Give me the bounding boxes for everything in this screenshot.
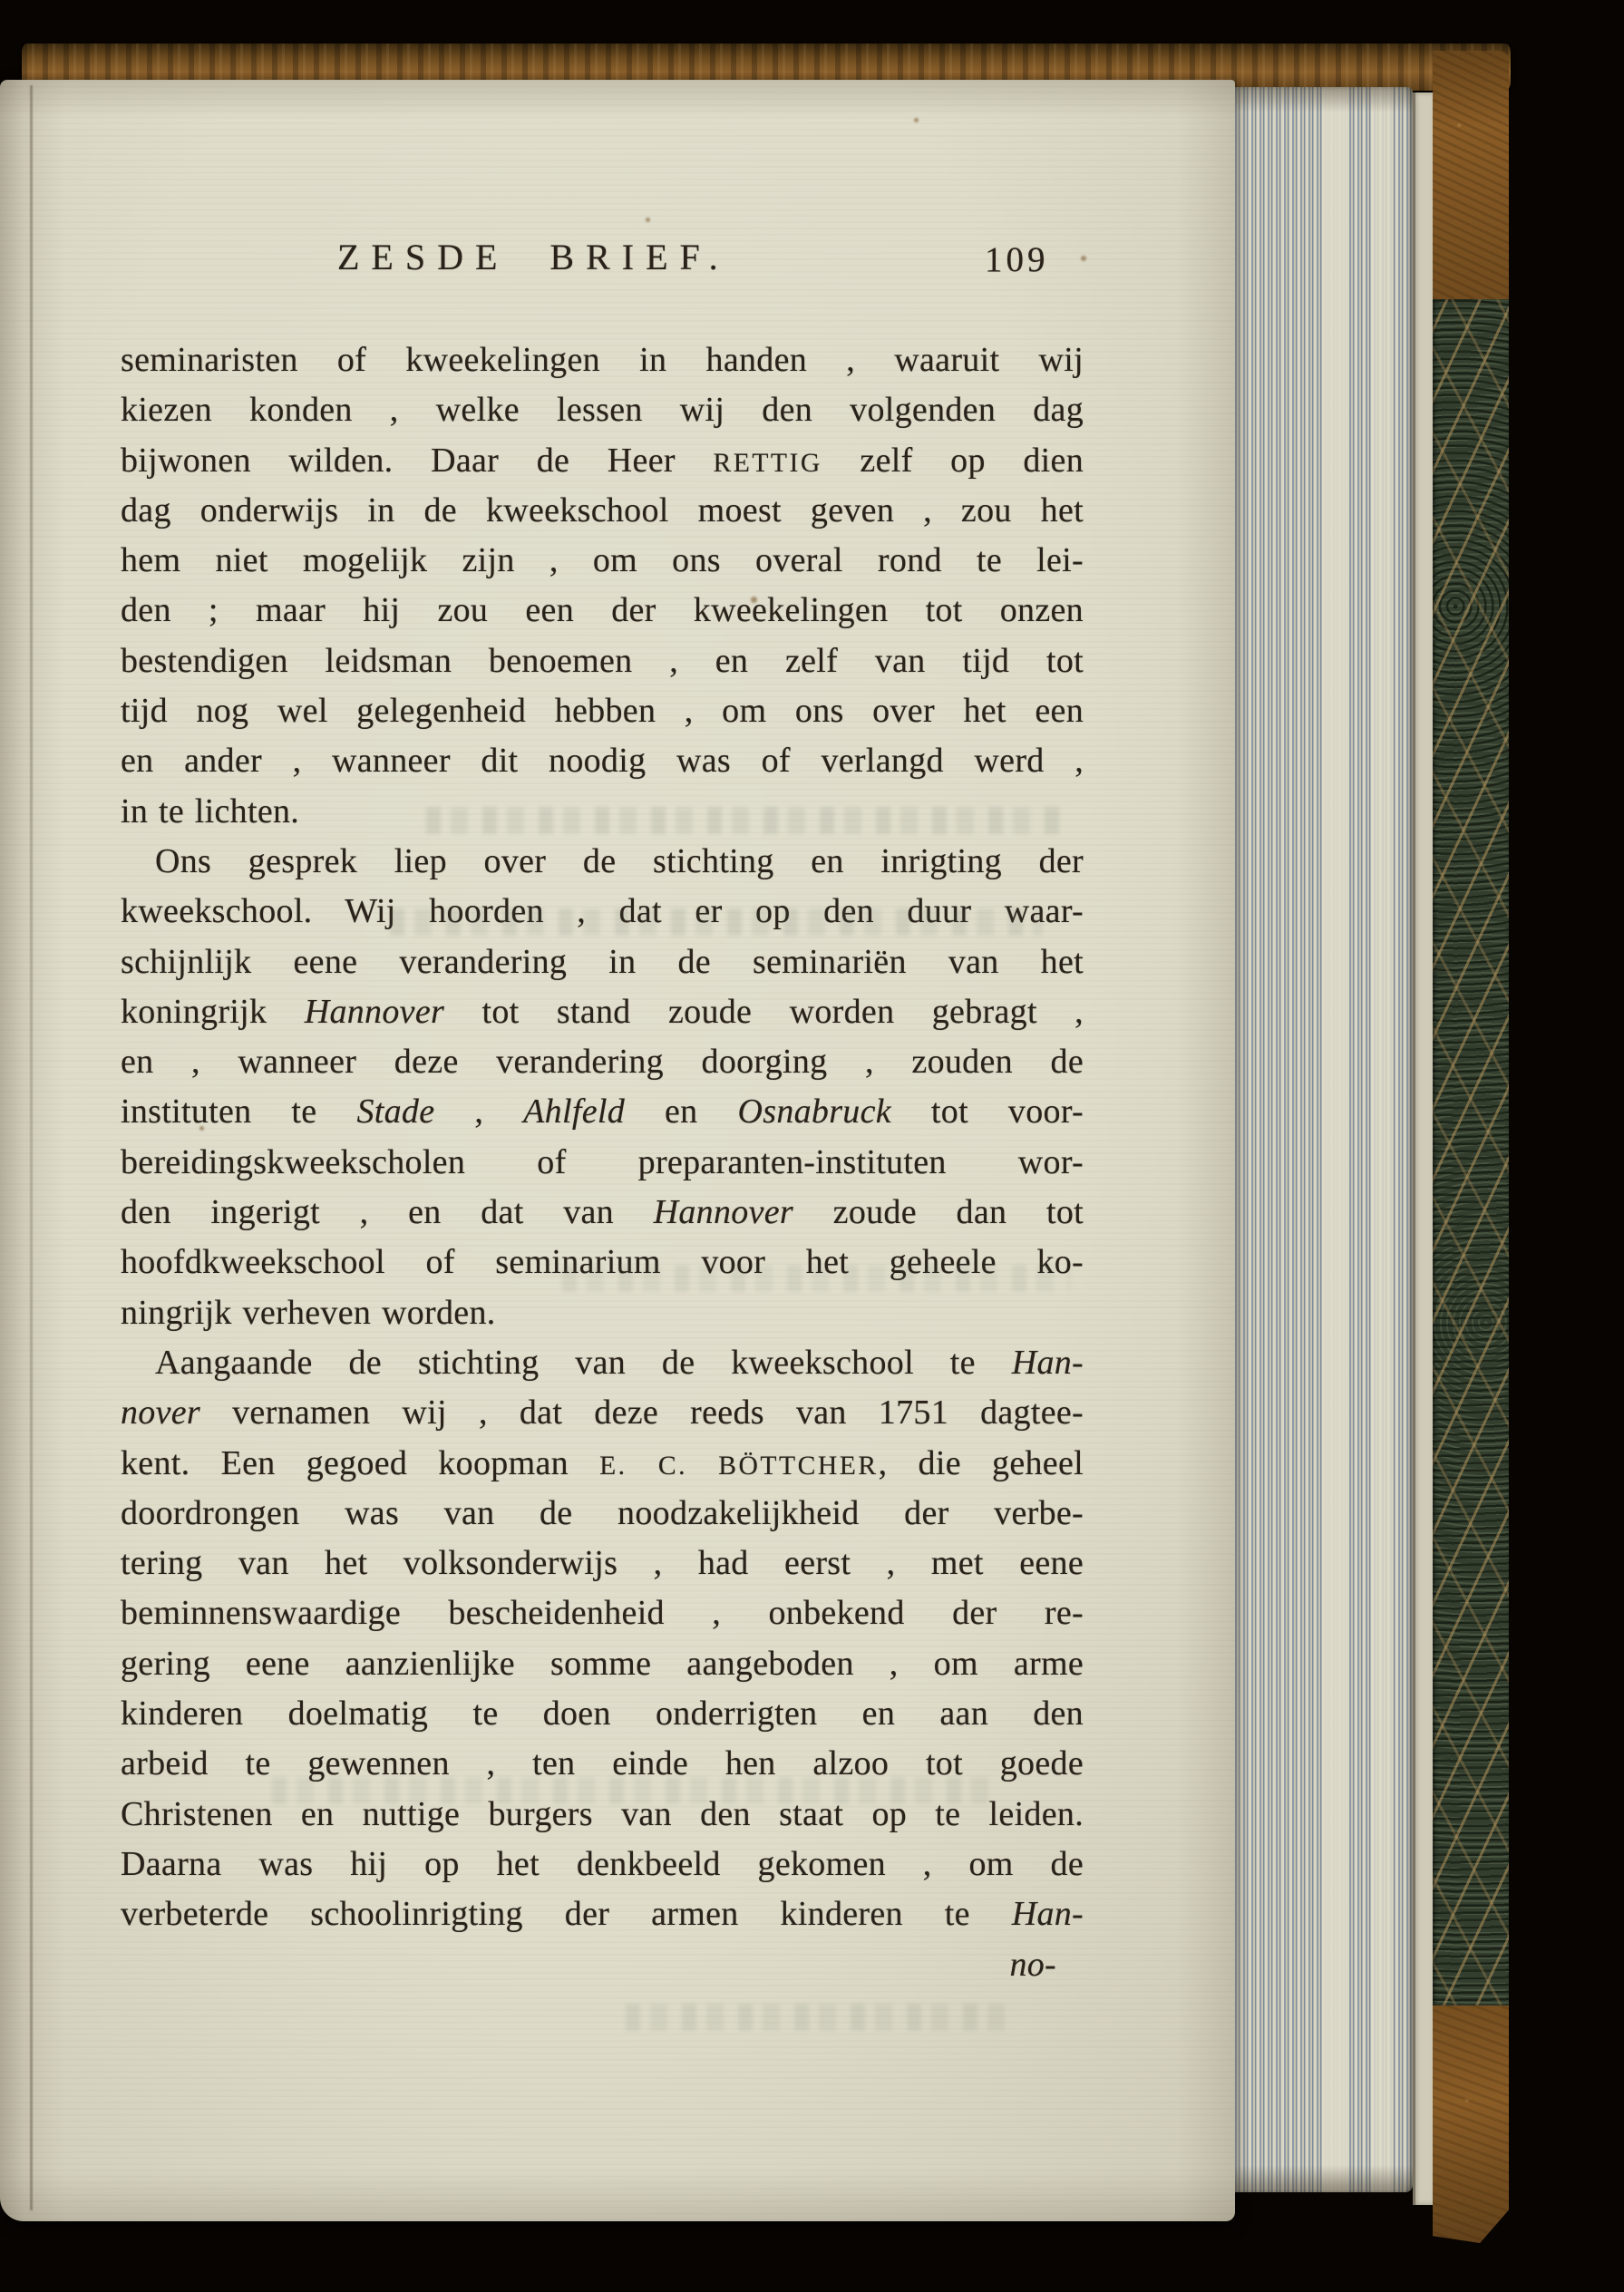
- leather-corner-bottom: [1433, 2005, 1509, 2243]
- page-header-title: ZESDE BRIEF.: [337, 236, 730, 278]
- text-line: bestendigen leidsman benoemen , en zelf …: [121, 636, 1084, 686]
- show-through-ghost-text: [390, 908, 1043, 936]
- text-line: ningrijk verheven worden.: [121, 1288, 1084, 1338]
- page-number: 109: [985, 239, 1049, 280]
- text-line: Ons gesprek liep over de stichting en in…: [121, 837, 1084, 887]
- text-line: hem niet mogelijk zijn , om ons overal r…: [121, 536, 1084, 586]
- text-line: koningrijk Hannover tot stand zoude word…: [121, 987, 1084, 1037]
- show-through-ghost-text: [426, 807, 1061, 834]
- show-through-ghost-text: [272, 1777, 997, 1804]
- show-through-ghost-text: [562, 1265, 1070, 1292]
- book-scan-scene: ZESDE BRIEF. 109 seminaristen of kweekel…: [0, 0, 1624, 2292]
- book-page: ZESDE BRIEF. 109 seminaristen of kweekel…: [0, 80, 1235, 2221]
- text-line: nover vernamen wij , dat deze reeds van …: [121, 1388, 1084, 1438]
- fore-edge-page-stack: [1235, 87, 1413, 2192]
- text-line: gering eene aanzienlijke somme aangebode…: [121, 1639, 1084, 1689]
- book-cover-right-edge: [1433, 51, 1509, 2243]
- text-line: verbeterde schoolinrigting der armen kin…: [121, 1889, 1084, 1939]
- text-line: doordrongen was van de noodzakelijkheid …: [121, 1489, 1084, 1539]
- text-line: kiezen konden , welke lessen wij den vol…: [121, 385, 1084, 435]
- leather-corner-top: [1433, 51, 1509, 299]
- text-line: Aangaande de stichting van de kweekschoo…: [121, 1338, 1084, 1388]
- marbled-cover-paper: [1433, 299, 1509, 2005]
- foxing-spot: [199, 1126, 204, 1131]
- text-line: en ander , wanneer dit noodig was of ver…: [121, 736, 1084, 786]
- show-through-ghost-text: [626, 2004, 1016, 2031]
- text-line: tijd nog wel gelegenheid hebben , om ons…: [121, 686, 1084, 736]
- text-line: tering van het volksonderwijs , had eers…: [121, 1539, 1084, 1588]
- text-line: no-: [121, 1940, 1084, 1990]
- text-line: kinderen doelmatig te doen onderrigten e…: [121, 1689, 1084, 1739]
- text-line: Daarna was hij op het denkbeeld gekomen …: [121, 1840, 1084, 1889]
- text-line: beminnenswaardige bescheidenheid , onbek…: [121, 1588, 1084, 1638]
- text-line: en , wanneer deze verandering doorging ,…: [121, 1037, 1084, 1087]
- foxing-spot: [646, 218, 650, 222]
- foxing-spot: [914, 118, 919, 122]
- text-line: schijnlijk eene verandering in de semina…: [121, 937, 1084, 987]
- text-body: seminaristen of kweekelingen in handen ,…: [121, 335, 1084, 1990]
- text-line: kent. Een gegoed koopman E. C. BÖTTCHER,…: [121, 1439, 1084, 1489]
- text-line: den ingerigt , en dat van Hannover zoude…: [121, 1188, 1084, 1238]
- foxing-spot: [1081, 256, 1086, 261]
- text-line: instituten te Stade , Ahlfeld en Osnabru…: [121, 1087, 1084, 1137]
- text-line: bereidingskweekscholen of preparanten-in…: [121, 1138, 1084, 1188]
- gutter-crease: [30, 85, 33, 2210]
- foxing-spot: [751, 597, 757, 603]
- text-line: bijwonen wilden. Daar de Heer RETTIG zel…: [121, 436, 1084, 486]
- text-line: dag onderwijs in de kweekschool moest ge…: [121, 486, 1084, 536]
- text-line: seminaristen of kweekelingen in handen ,…: [121, 335, 1084, 385]
- text-line: den ; maar hij zou een der kweekelingen …: [121, 586, 1084, 636]
